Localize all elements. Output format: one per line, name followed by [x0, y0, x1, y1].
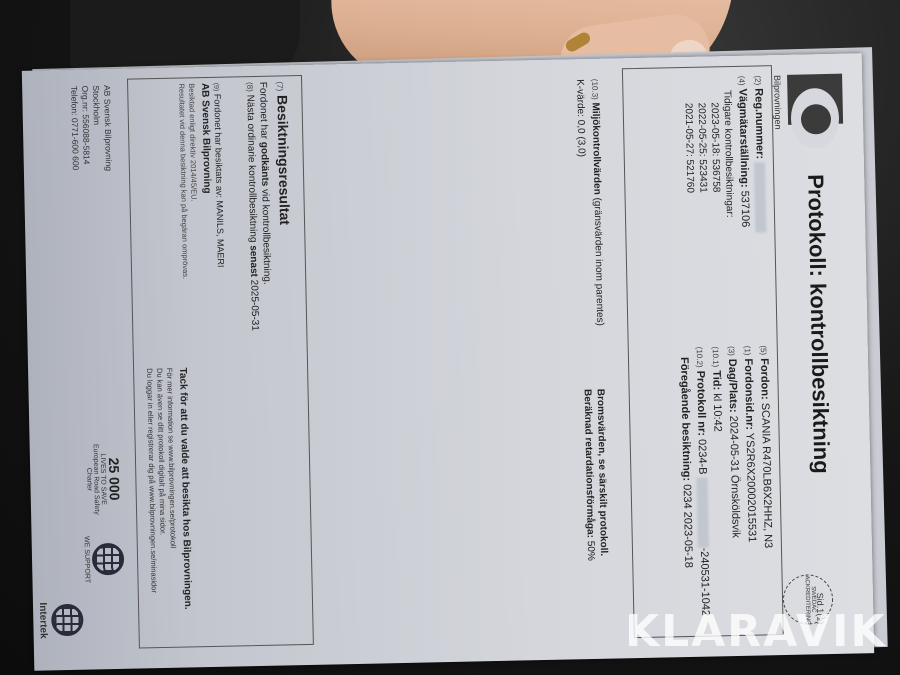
- document-content: Bilprovningen Protokoll: kontrollbesiktn…: [22, 53, 874, 670]
- k-value: K-värde: 0,0 (3,0): [574, 79, 590, 326]
- company-name: AB Svensk Bilprovning: [199, 83, 212, 194]
- emissions-note: (gränsvärden inom parentes): [592, 197, 606, 326]
- previous-inspection-3: 2021-05-27: 521760: [683, 103, 696, 193]
- globe-icon: [92, 543, 125, 576]
- inspection-protocol-paper: Bilprovningen Protokoll: kontrollbesiktn…: [22, 53, 874, 670]
- previous-inspection-1: 2023-05-18: 536758: [709, 102, 722, 192]
- previous-inspection-2: 2022-05-25: 523431: [696, 103, 709, 193]
- global-compact-badge: WE SUPPORT: [82, 529, 124, 590]
- redacted-protocol: [697, 477, 709, 547]
- road-safety-charter-badge: 25 000 LIVES TO SAVE European Road Safet…: [85, 439, 124, 520]
- intertek-badge: Intertek: [37, 590, 84, 651]
- brakes-section: Bromsvärden, se särskilt protokoll. Berä…: [581, 389, 611, 561]
- redacted-reg: [754, 162, 766, 232]
- document-title: Protokoll: kontrollbesiktning: [802, 174, 834, 474]
- klaravik-watermark: KLARAVIK: [625, 606, 887, 657]
- result-title: (7) Besiktningsresultat: [274, 81, 293, 225]
- emissions-section: (10.3) Miljökontrollvärden (gränsvärden …: [574, 79, 605, 327]
- brand-name: Bilprovningen: [772, 75, 783, 130]
- time-field: (10.1)Tid: kl 10:42: [710, 346, 724, 432]
- bilprovningen-logo: Bilprovningen: [782, 74, 843, 145]
- intertek-globe-icon: [51, 604, 84, 637]
- emissions-label: Miljökontrollvärden: [590, 102, 603, 194]
- company-footer: AB Svensk Bilprovning Stockholm Org.nr: …: [68, 85, 114, 172]
